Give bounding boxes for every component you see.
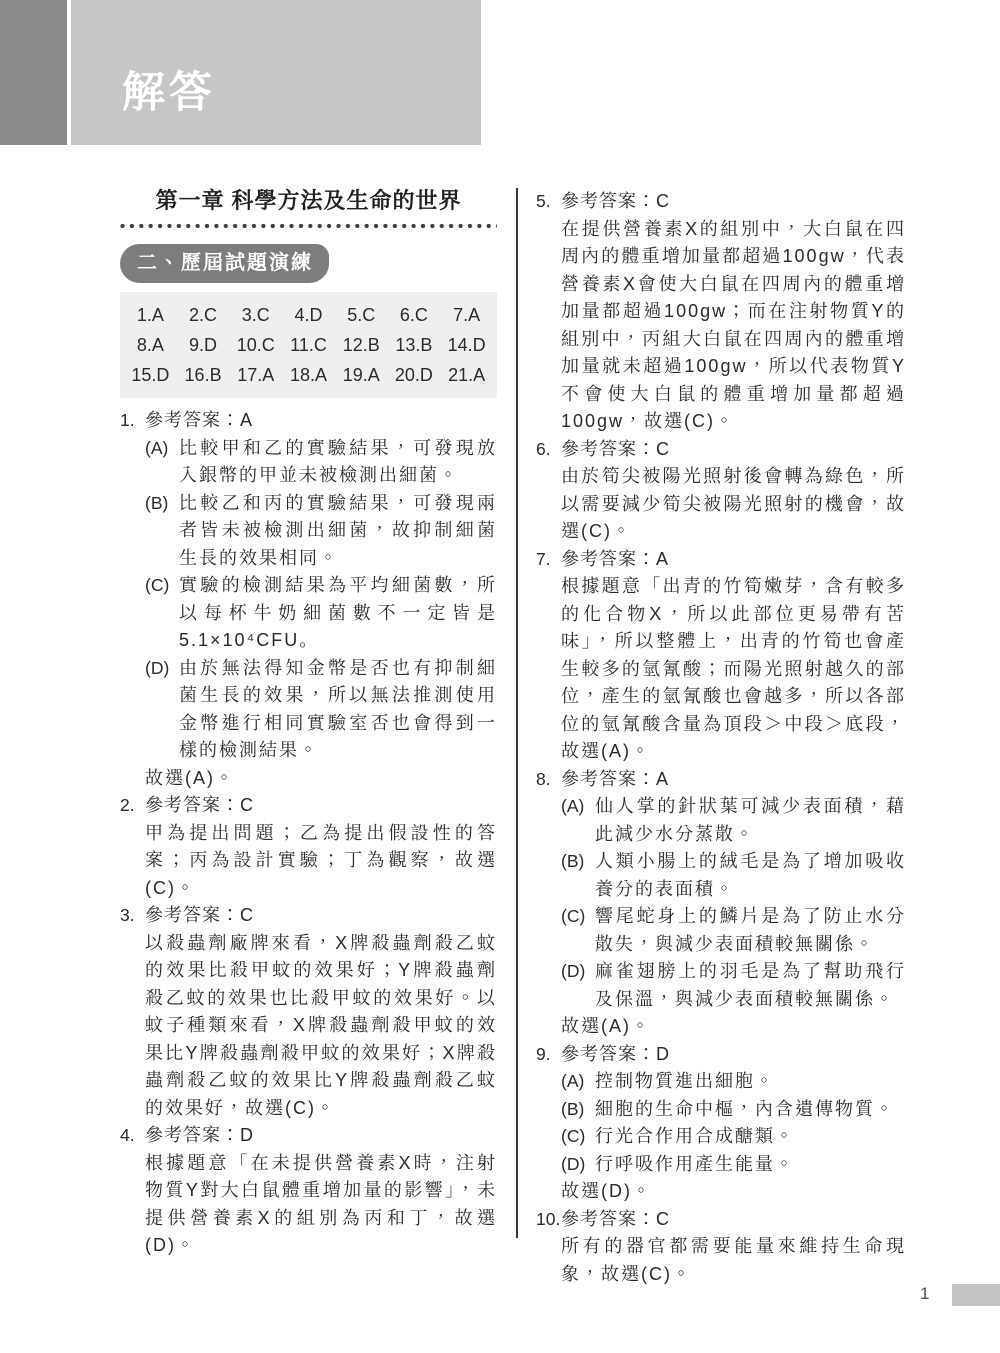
- answer-table: 1.A 2.C 3.C 4.D 5.C 6.C 7.A 8.A 9.D 10.C…: [120, 292, 497, 398]
- option-marker: (C): [561, 903, 595, 958]
- answer-cell: 10.C: [229, 330, 282, 360]
- question-8-number: 8.: [536, 766, 561, 1041]
- answer-cell: 5.C: [335, 300, 388, 330]
- question-4-number: 4.: [120, 1122, 145, 1260]
- question-5-answer-label: 參考答案：C: [561, 188, 906, 216]
- answer-cell: 17.A: [229, 360, 282, 390]
- option-text: 仙人掌的針狀葉可減少表面積，藉此減少水分蒸散。: [595, 793, 906, 848]
- option-text: 響尾蛇身上的鱗片是為了防止水分散失，與減少表面積較無關係。: [595, 903, 906, 958]
- option-marker: (A): [145, 435, 179, 490]
- option-row: (C) 實驗的檢測結果為平均細菌數，所以每杯牛奶細菌數不一定皆是5.1×10⁴C…: [145, 572, 497, 655]
- question-4-answer-label: 參考答案：D: [145, 1122, 497, 1150]
- option-marker: (A): [561, 1068, 595, 1096]
- question-6: 6. 參考答案：C 由於筍尖被陽光照射後會轉為綠色，所以需要減少筍尖被陽光照射的…: [536, 436, 906, 546]
- option-marker: (D): [561, 958, 595, 1013]
- question-9-answer-label: 參考答案：D: [561, 1041, 906, 1069]
- question-2-number: 2.: [120, 792, 145, 902]
- question-7-answer-label: 參考答案：A: [561, 546, 906, 574]
- option-text: 實驗的檢測結果為平均細菌數，所以每杯牛奶細菌數不一定皆是5.1×10⁴CFU。: [179, 572, 497, 655]
- left-column: 第一章 科學方法及生命的世界 二、歷屆試題演練 1.A 2.C 3.C 4.D …: [120, 186, 497, 1260]
- answer-cell: 8.A: [124, 330, 177, 360]
- answer-cell: 1.A: [124, 300, 177, 330]
- answer-cell: 14.D: [440, 330, 493, 360]
- answer-cell: 20.D: [388, 360, 441, 390]
- question-4: 4. 參考答案：D 根據題意「在未提供營養素X時，注射物質Y對大白鼠體重增加量的…: [120, 1122, 497, 1260]
- option-marker: (B): [561, 1096, 595, 1124]
- option-text: 由於無法得知金幣是否也有抑制細菌生長的效果，所以無法推測使用金幣進行相同實驗室否…: [179, 655, 497, 765]
- option-marker: (D): [561, 1151, 595, 1179]
- question-7: 7. 參考答案：A 根據題意「出青的竹筍嫩芽，含有較多的化合物X，所以此部位更易…: [536, 546, 906, 766]
- question-9: 9. 參考答案：D (A) 控制物質進出細胞。 (B) 細胞的生命中樞，內含遺傳…: [536, 1041, 906, 1206]
- conclusion-text: 故選(A)。: [145, 765, 497, 793]
- answer-cell: 4.D: [282, 300, 335, 330]
- answer-cell: 3.C: [229, 300, 282, 330]
- conclusion-text: 故選(D)。: [561, 1178, 906, 1206]
- option-row: (A) 控制物質進出細胞。: [561, 1068, 906, 1096]
- answer-cell: 13.B: [388, 330, 441, 360]
- question-2-answer-label: 參考答案：C: [145, 792, 497, 820]
- question-6-answer-label: 參考答案：C: [561, 436, 906, 464]
- answer-cell: 6.C: [388, 300, 441, 330]
- answer-cell: 15.D: [124, 360, 177, 390]
- option-marker: (C): [561, 1123, 595, 1151]
- question-8-answer-label: 參考答案：A: [561, 766, 906, 794]
- question-8: 8. 參考答案：A (A) 仙人掌的針狀葉可減少表面積，藉此減少水分蒸散。 (B…: [536, 766, 906, 1041]
- option-text: 麻雀翅膀上的羽毛是為了幫助飛行及保溫，與減少表面積較無關係。: [595, 958, 906, 1013]
- chapter-title: 第一章 科學方法及生命的世界: [120, 186, 497, 216]
- option-text: 行呼吸作用產生能量。: [595, 1151, 795, 1179]
- option-row: (C) 行光合作用合成醣類。: [561, 1123, 906, 1151]
- question-1: 1. 參考答案：A (A) 比較甲和乙的實驗結果，可發現放入銀幣的甲並未被檢測出…: [120, 407, 497, 792]
- explanation-list-left: 1. 參考答案：A (A) 比較甲和乙的實驗結果，可發現放入銀幣的甲並未被檢測出…: [120, 407, 497, 1260]
- question-2: 2. 參考答案：C 甲為提出問題；乙為提出假設性的答案；丙為設計實驗；丁為觀察，…: [120, 792, 497, 902]
- option-row: (B) 人類小腸上的絨毛是為了增加吸收養分的表面積。: [561, 848, 906, 903]
- answer-cell: 16.B: [177, 360, 230, 390]
- option-row: (C) 響尾蛇身上的鱗片是為了防止水分散失，與減少表面積較無關係。: [561, 903, 906, 958]
- answer-cell: 11.C: [282, 330, 335, 360]
- explanation-text: 以殺蟲劑廠牌來看，X牌殺蟲劑殺乙蚊的效果比殺甲蚊的效果好；Y牌殺蟲劑殺乙蚊的效果…: [145, 930, 497, 1123]
- question-5-number: 5.: [536, 188, 561, 436]
- option-marker: (A): [561, 793, 595, 848]
- question-6-number: 6.: [536, 436, 561, 546]
- question-3: 3. 參考答案：C 以殺蟲劑廠牌來看，X牌殺蟲劑殺乙蚊的效果比殺甲蚊的效果好；Y…: [120, 902, 497, 1122]
- answer-cell: 7.A: [440, 300, 493, 330]
- question-10-answer-label: 參考答案：C: [561, 1206, 906, 1234]
- header-dark-block: [0, 0, 67, 145]
- option-text: 行光合作用合成醣類。: [595, 1123, 795, 1151]
- answer-cell: 21.A: [440, 360, 493, 390]
- right-column: 5. 參考答案：C 在提供營養素X的組別中，大白鼠在四周內的體重增加量都超過10…: [536, 188, 906, 1288]
- question-9-number: 9.: [536, 1041, 561, 1206]
- explanation-text: 根據題意「在未提供營養素X時，注射物質Y對大白鼠體重增加量的影響」，未提供營養素…: [145, 1150, 497, 1260]
- option-marker: (B): [145, 490, 179, 573]
- option-row: (D) 行呼吸作用產生能量。: [561, 1151, 906, 1179]
- option-marker: (C): [145, 572, 179, 655]
- answer-cell: 12.B: [335, 330, 388, 360]
- question-1-answer-label: 參考答案：A: [145, 407, 497, 435]
- option-row: (D) 麻雀翅膀上的羽毛是為了幫助飛行及保溫，與減少表面積較無關係。: [561, 958, 906, 1013]
- explanation-text: 在提供營養素X的組別中，大白鼠在四周內的體重增加量都超過100gw，代表營養素X…: [561, 216, 906, 436]
- explanation-text: 根據題意「出青的竹筍嫩芽，含有較多的化合物X，所以此部位更易帶有苦味」，所以整體…: [561, 573, 906, 766]
- option-row: (A) 仙人掌的針狀葉可減少表面積，藉此減少水分蒸散。: [561, 793, 906, 848]
- option-marker: (D): [145, 655, 179, 765]
- option-row: (A) 比較甲和乙的實驗結果，可發現放入銀幣的甲並未被檢測出細菌。: [145, 435, 497, 490]
- explanation-text: 由於筍尖被陽光照射後會轉為綠色，所以需要減少筍尖被陽光照射的機會，故選(C)。: [561, 463, 906, 546]
- answer-cell: 19.A: [335, 360, 388, 390]
- question-10: 10. 參考答案：C 所有的器官都需要能量來維持生命現象，故選(C)。: [536, 1206, 906, 1289]
- question-5: 5. 參考答案：C 在提供營養素X的組別中，大白鼠在四周內的體重增加量都超過10…: [536, 188, 906, 436]
- explanation-text: 甲為提出問題；乙為提出假設性的答案；丙為設計實驗；丁為觀察，故選(C)。: [145, 820, 497, 903]
- section-badge: 二、歷屆試題演練: [120, 244, 329, 283]
- option-text: 人類小腸上的絨毛是為了增加吸收養分的表面積。: [595, 848, 906, 903]
- column-divider: [516, 188, 518, 1238]
- footer-bar: [952, 1284, 1000, 1306]
- question-7-number: 7.: [536, 546, 561, 766]
- option-text: 比較乙和丙的實驗結果，可發現兩者皆未被檢測出細菌，故抑制細菌生長的效果相同。: [179, 490, 497, 573]
- conclusion-text: 故選(A)。: [561, 1013, 906, 1041]
- page-number: 1: [920, 1283, 929, 1305]
- explanation-text: 所有的器官都需要能量來維持生命現象，故選(C)。: [561, 1233, 906, 1288]
- question-10-number: 10.: [536, 1206, 561, 1289]
- answer-cell: 18.A: [282, 360, 335, 390]
- question-1-number: 1.: [120, 407, 145, 792]
- answer-cell: 9.D: [177, 330, 230, 360]
- option-text: 細胞的生命中樞，內含遺傳物質。: [595, 1096, 895, 1124]
- question-3-number: 3.: [120, 902, 145, 1122]
- answer-cell: 2.C: [177, 300, 230, 330]
- question-3-answer-label: 參考答案：C: [145, 902, 497, 930]
- option-marker: (B): [561, 848, 595, 903]
- option-row: (D) 由於無法得知金幣是否也有抑制細菌生長的效果，所以無法推測使用金幣進行相同…: [145, 655, 497, 765]
- answer-page: 解答 第一章 科學方法及生命的世界 二、歷屆試題演練 1.A 2.C 3.C 4…: [0, 0, 1000, 1353]
- option-row: (B) 細胞的生命中樞，內含遺傳物質。: [561, 1096, 906, 1124]
- option-row: (B) 比較乙和丙的實驗結果，可發現兩者皆未被檢測出細菌，故抑制細菌生長的效果相…: [145, 490, 497, 573]
- option-text: 比較甲和乙的實驗結果，可發現放入銀幣的甲並未被檢測出細菌。: [179, 435, 497, 490]
- page-title: 解答: [122, 68, 216, 120]
- option-text: 控制物質進出細胞。: [595, 1068, 775, 1096]
